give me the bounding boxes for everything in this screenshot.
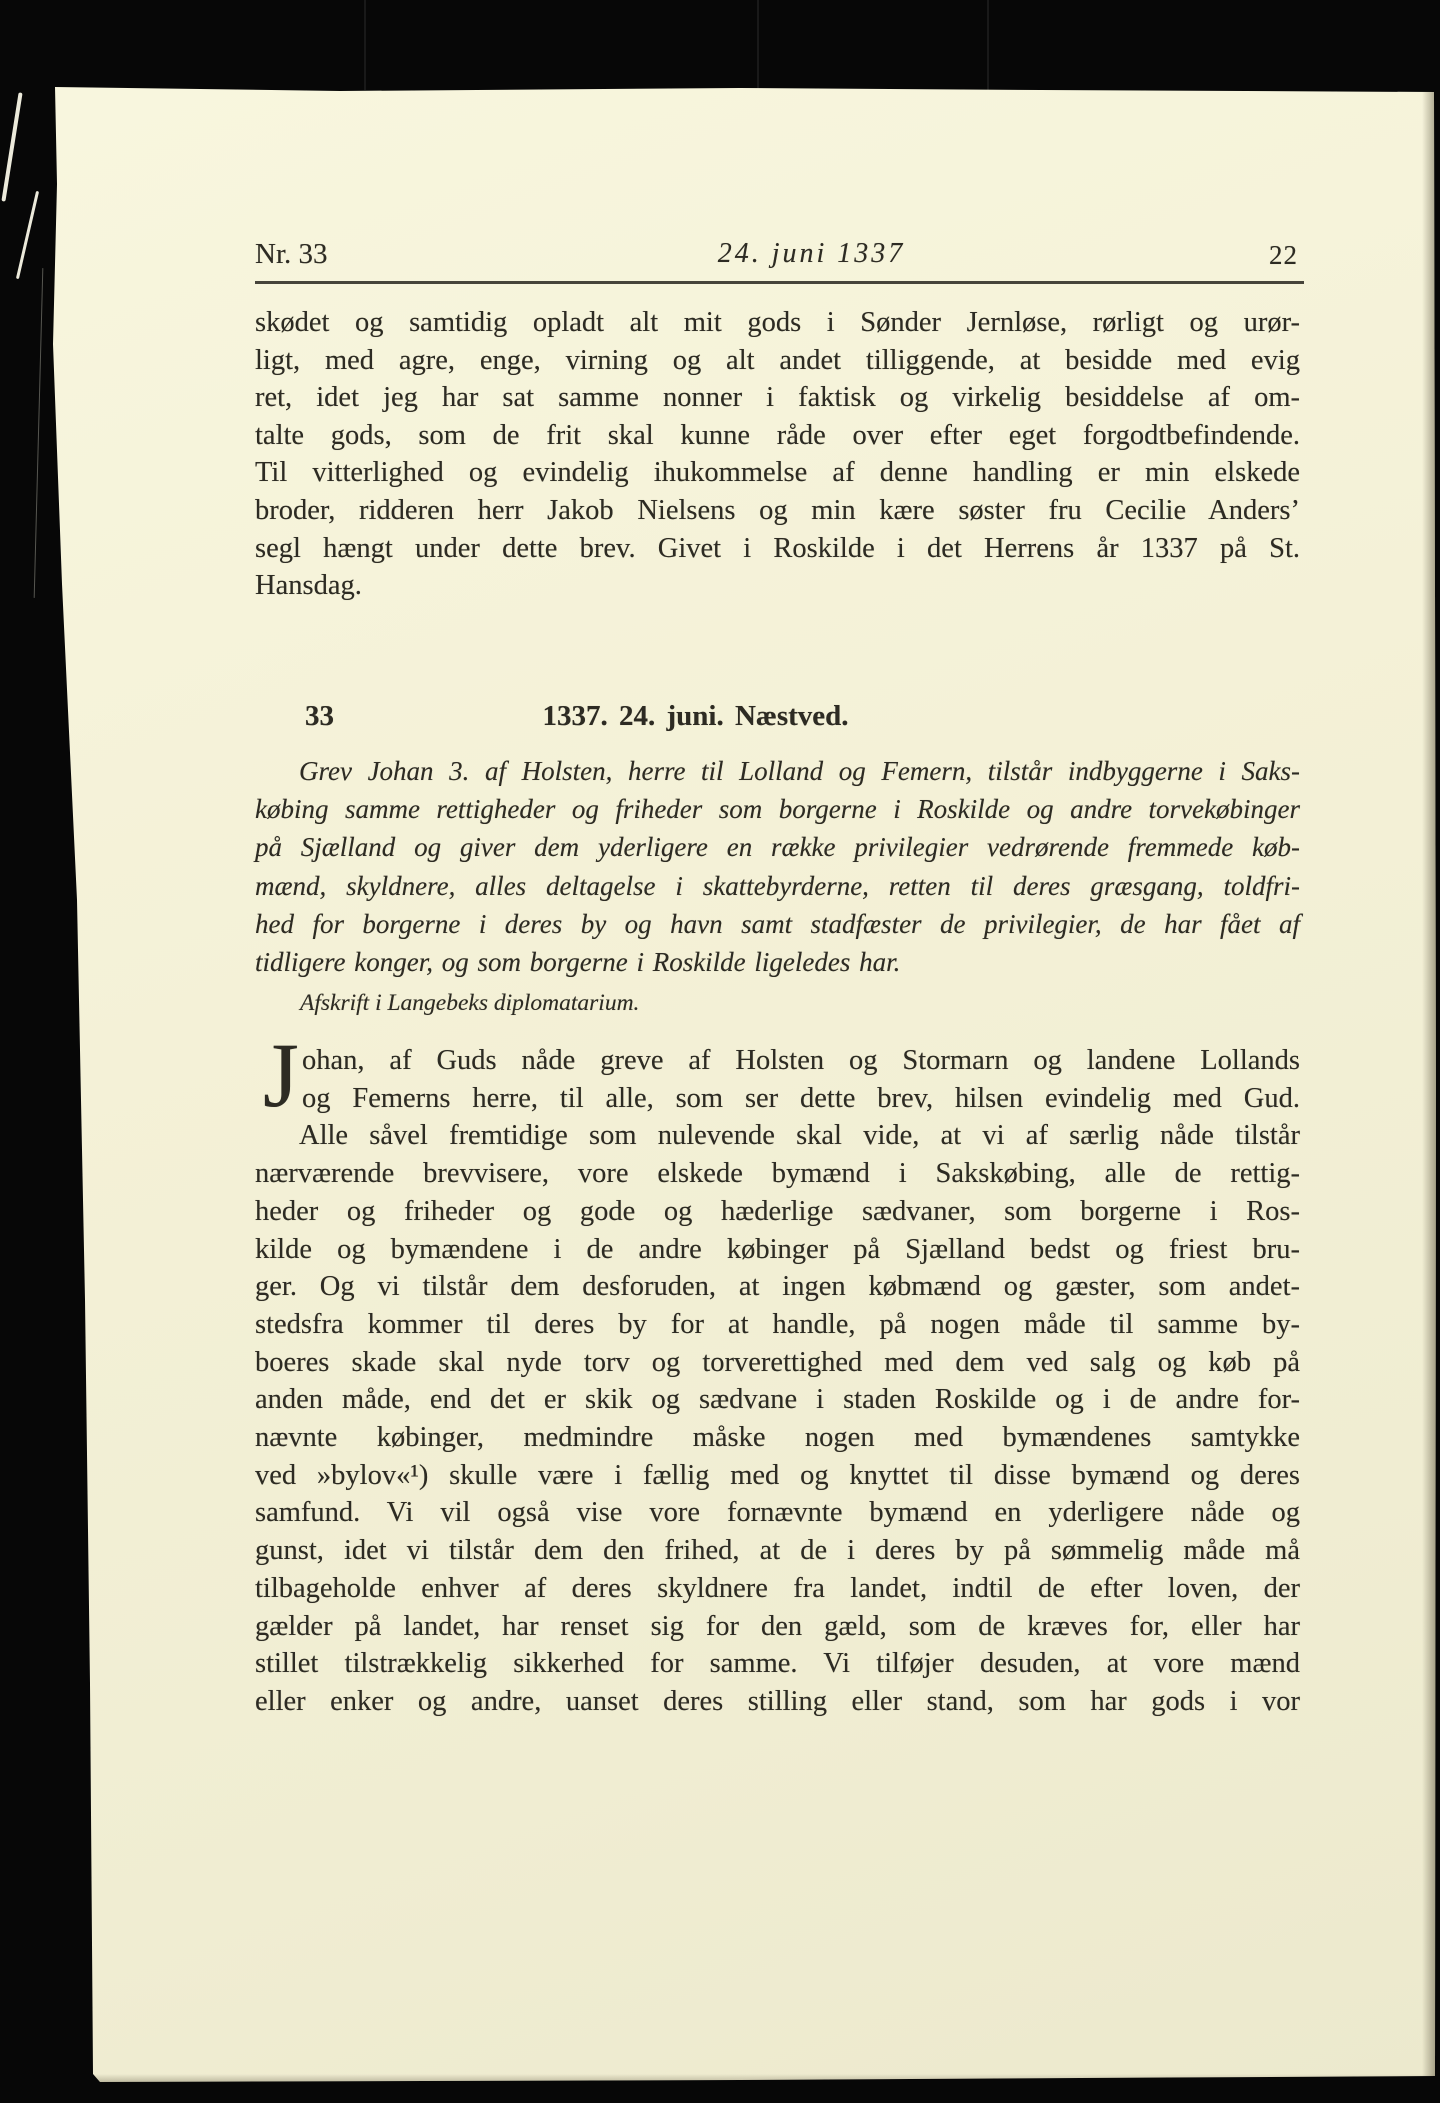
entry-body-text: ohan, af Guds nåde greve af Holsten og S…: [255, 1042, 1300, 1721]
page-number: 22: [1269, 240, 1298, 271]
entry-number-label: Nr. 33: [255, 238, 328, 271]
scan-background: Nr. 33 24. juni 1337 22 skødet og samtid…: [0, 0, 1440, 2103]
entry-heading: 33 1337. 24. juni. Næstved.: [255, 700, 1300, 738]
text-line: heder og friheder og gode og hæderlige s…: [255, 1193, 1300, 1231]
text-line: hed for borgerne i deres by og havn samt…: [255, 905, 1300, 943]
text-line: boeres skade skal nyde torv og torverett…: [255, 1344, 1300, 1382]
source-note: Afskrift i Langebeks diplomatarium.: [300, 990, 639, 1017]
text-line: gælder på landet, har renset sig for den…: [255, 1608, 1300, 1646]
text-line: samfund. Vi vil også vise vore fornævnte…: [255, 1494, 1300, 1532]
running-head-date: 24. juni 1337: [718, 238, 906, 270]
text-line: ved »bylov«¹) skulle være i fællig med o…: [255, 1457, 1300, 1495]
text-line: Alle såvel fremtidige som nulevende skal…: [255, 1117, 1300, 1155]
text-line: Hansdag.: [255, 567, 1300, 605]
text-line: nærværende brevvisere, vore elskede bymæ…: [255, 1155, 1300, 1193]
text-line: ohan, af Guds nåde greve af Holsten og S…: [255, 1042, 1300, 1080]
film-scratch: [1, 92, 22, 201]
continuation-paragraph: skødet og samtidig opladt alt mit gods i…: [255, 304, 1300, 605]
header-rule: [255, 281, 1304, 284]
film-seam: [987, 0, 989, 92]
text-line: tilbageholde enhver af deres skyldnere f…: [255, 1570, 1300, 1608]
text-line: mænd, skyldnere, alles deltagelse i skat…: [255, 867, 1300, 905]
text-line: anden måde, end det er skik og sædvane i…: [255, 1381, 1300, 1419]
page-edge-highlight: [34, 268, 44, 598]
text-line: ger. Og vi tilstår dem desforuden, at in…: [255, 1268, 1300, 1306]
film-seam: [757, 0, 759, 92]
text-line: nævnte købinger, medmindre måske nogen m…: [255, 1419, 1300, 1457]
film-seam: [364, 0, 366, 90]
text-line: tidligere konger, og som borgerne i Rosk…: [255, 943, 1300, 981]
text-line: talte gods, som de frit skal kunne råde …: [255, 417, 1300, 455]
text-line: ret, idet jeg har sat samme nonner i fak…: [255, 379, 1300, 417]
entry-body: J ohan, af Guds nåde greve af Holsten og…: [255, 1036, 1300, 1736]
text-line: og Femerns herre, til alle, som ser dett…: [255, 1080, 1300, 1118]
text-line: skødet og samtidig opladt alt mit gods i…: [255, 304, 1300, 342]
text-line: eller enker og andre, uanset deres still…: [255, 1683, 1300, 1721]
film-scratch: [16, 191, 39, 279]
text-line: Grev Johan 3. af Holsten, herre til Loll…: [255, 752, 1300, 790]
text-line: stillet tilstrækkelig sikkerhed for samm…: [255, 1645, 1300, 1683]
text-line: Til vitterlighed og evindelig ihukommels…: [255, 454, 1300, 492]
entry-title: 1337. 24. juni. Næstved.: [542, 700, 848, 733]
entry-summary: Grev Johan 3. af Holsten, herre til Loll…: [255, 752, 1300, 981]
text-line: på Sjælland og giver dem yderligere en r…: [255, 828, 1300, 866]
text-line: ligt, med agre, enge, virning og alt and…: [255, 342, 1300, 380]
page-header: Nr. 33 24. juni 1337 22: [255, 238, 1302, 280]
text-line: købing samme rettigheder og friheder som…: [255, 790, 1300, 828]
entry-number: 33: [305, 700, 334, 733]
text-line: segl hængt under dette brev. Givet i Ros…: [255, 530, 1300, 568]
text-line: gunst, idet vi tilstår dem den frihed, a…: [255, 1532, 1300, 1570]
text-line: broder, ridderen herr Jakob Nielsens og …: [255, 492, 1300, 530]
text-line: kilde og bymændene i de andre købinger p…: [255, 1231, 1300, 1269]
text-line: stedsfra kommer til deres by for at hand…: [255, 1306, 1300, 1344]
